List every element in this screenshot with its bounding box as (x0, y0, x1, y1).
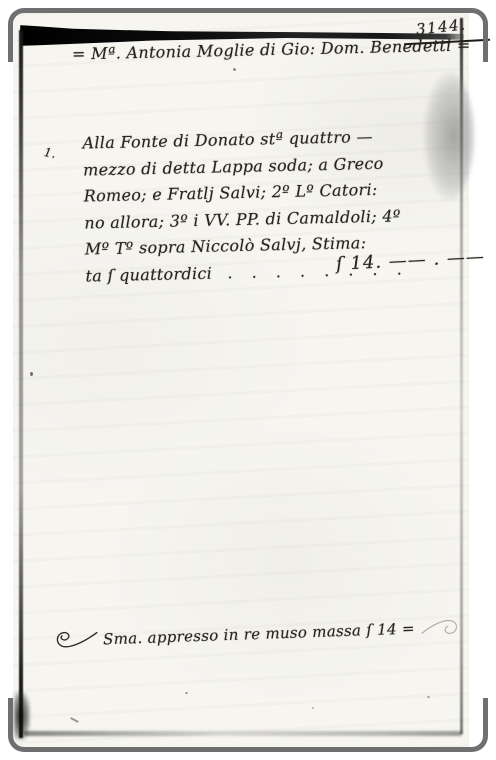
flourish-left-icon (54, 626, 99, 656)
ink-speck (30, 372, 33, 376)
entry-line-text: ta ſ quattordici (85, 263, 212, 285)
footer-text: Sma. appresso in re muso massa ſ 14 = (103, 619, 415, 648)
frame-bottom-border (8, 698, 488, 752)
ink-speck (233, 68, 236, 71)
frame-top-border (8, 8, 488, 62)
scan-edge-left (19, 30, 23, 738)
flourish-right-icon (419, 614, 460, 641)
document-scan-viewer: 3144. = Mª. Antonia Moglie di Gio: Dom. … (0, 0, 496, 760)
ink-speck (185, 692, 188, 694)
margin-item-number: 1. (43, 145, 57, 161)
